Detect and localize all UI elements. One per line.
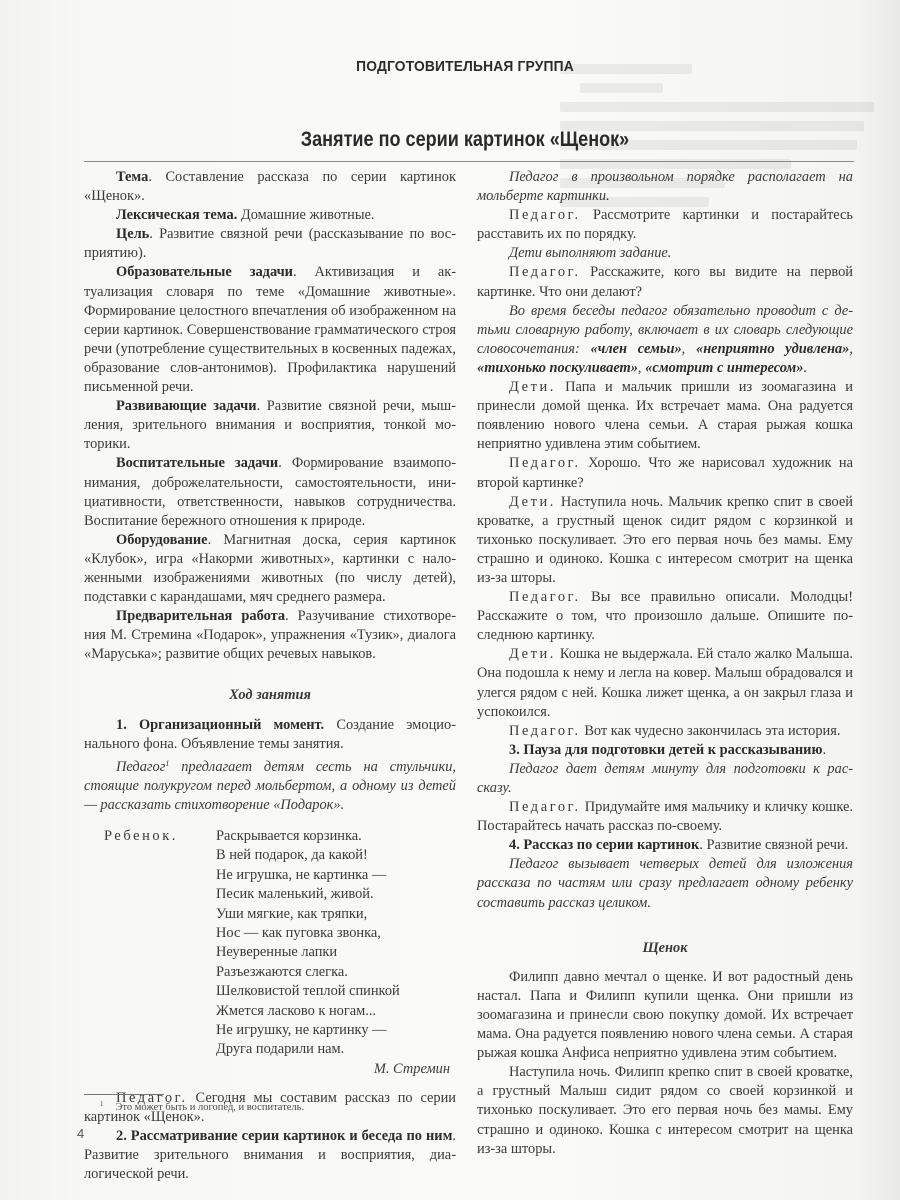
- dialogue-teacher: Педагог. Рассмотрите картинки и постарай…: [477, 206, 853, 244]
- dialogue-children: Дети. Кошка не выдержала. Ей стало жалко…: [477, 645, 853, 721]
- poem-line: Не игрушка, не картинка —: [216, 866, 456, 885]
- title-divider: [84, 161, 854, 162]
- lesson-title: Занятие по серии картинок «Щенок»: [65, 128, 865, 152]
- preliminary-work-label: Предварительная работа: [116, 608, 285, 624]
- dialogue-teacher: Педагог. Придумайте имя мальчику и кличк…: [477, 798, 853, 836]
- story-paragraph: Наступила ночь. Филипп крепко спит в сво…: [477, 1063, 853, 1158]
- speaker-label: Педагог.: [509, 455, 581, 471]
- poem-line: Раскрывается корзинка.: [216, 827, 456, 846]
- poem-line: Шелковистой теплой спинкой: [216, 982, 456, 1001]
- poem: Ребенок. Раскрывается корзинка. В ней по…: [84, 827, 456, 1079]
- poem-line: Жмется ласково к ногам...: [216, 1002, 456, 1021]
- vocabulary-note: Во время беседы педагог обязательно пров…: [477, 302, 853, 378]
- equipment-label: Оборудование: [116, 532, 208, 548]
- separator: ,: [682, 341, 696, 357]
- dialogue-text: Вот как чудесно закончилась эта история.: [581, 723, 841, 739]
- separator: ,: [849, 341, 853, 357]
- vocabulary-phrase: «смотрит с интересом»: [645, 360, 803, 376]
- step1-label: 1. Организационный момент.: [116, 717, 324, 733]
- speaker-label: Дети.: [509, 379, 556, 395]
- speaker-label: Педагог.: [509, 207, 581, 223]
- step4-label: 4. Рассказ по серии картинок: [509, 837, 699, 853]
- story-title: Щенок: [477, 939, 853, 958]
- footnote: 1Это может быть и логопед, и воспитатель…: [100, 1100, 304, 1113]
- footnote-text: Это может быть и логопед, и воспитатель.: [116, 1102, 305, 1113]
- speaker-label: Дети.: [509, 494, 556, 510]
- speaker-label: Педагог.: [509, 799, 581, 815]
- story-paragraph: Филипп давно мечтал о щенке. И вот радос…: [477, 968, 853, 1063]
- step1-paragraph: 1. Организационный момент. Создание эмоц…: [84, 716, 456, 754]
- step3-paragraph: 3. Пауза для подготовки детей к рассказы…: [477, 741, 853, 760]
- speaker-label: Педагог.: [509, 723, 581, 739]
- stage-note: Педагог дает детям минуту для подготовки…: [477, 760, 853, 798]
- step2-label: 2. Рассматривание серии картинок и бесед…: [116, 1128, 452, 1144]
- equipment-paragraph: Оборудование. Магнитная доска, серия кар…: [84, 531, 456, 607]
- book-page: ПОДГОТОВИТЕЛЬНАЯ ГРУППА Занятие по серии…: [0, 0, 900, 1200]
- lexical-theme-text: Домашние животные.: [237, 207, 374, 223]
- step1-note: Педагог1 предлагает детям сесть на стуль…: [84, 754, 456, 815]
- left-column: Тема. Составление рассказа по серии карт…: [84, 168, 456, 1184]
- goal-paragraph: Цель. Развитие связной речи (расска­зыва…: [84, 225, 456, 263]
- speaker-label: Педагог.: [509, 589, 581, 605]
- vocabulary-phrase: «неприятно удивлена»: [696, 341, 849, 357]
- step1-note-start: Педагог: [116, 759, 165, 775]
- poem-speaker: Ребенок.: [84, 827, 216, 1079]
- stage-note: Педагог в произвольном порядке располага…: [477, 168, 853, 206]
- step3-label: 3. Пауза для подготовки детей к рассказы…: [509, 742, 822, 758]
- lexical-theme-label: Лексическая тема.: [116, 207, 237, 223]
- developmental-tasks-label: Развивающие задачи: [116, 398, 257, 414]
- period: .: [803, 360, 807, 376]
- running-header: ПОДГОТОВИТЕЛЬНАЯ ГРУППА: [37, 58, 893, 75]
- poem-line: Друга подарили нам.: [216, 1040, 456, 1059]
- poem-line: Неуверенные лапки: [216, 943, 456, 962]
- stage-note: Дети выполняют задание.: [477, 244, 853, 263]
- speaker-label: Дети.: [509, 646, 556, 662]
- poem-line: Нос — как пуговка звонка,: [216, 924, 456, 943]
- right-column: Педагог в произвольном порядке располага…: [477, 168, 853, 1159]
- step4-text: . Развитие связной речи.: [699, 837, 848, 853]
- vocabulary-phrase: «член семьи»: [591, 341, 682, 357]
- speaker-label: Педагог.: [509, 264, 581, 280]
- goal-label: Цель: [116, 226, 149, 242]
- step2-paragraph: 2. Рассматривание серии картинок и бесед…: [84, 1127, 456, 1184]
- dialogue-teacher: Педагог. Вы все правильно описали. Молод…: [477, 588, 853, 645]
- theme-label: Тема: [116, 169, 148, 185]
- poem-line: Разъезжаются слегка.: [216, 963, 456, 982]
- educational-tasks-text: . Активизация и ак­туализация словаря по…: [84, 264, 456, 395]
- educational-tasks-paragraph: Образовательные задачи. Активизация и ак…: [84, 263, 456, 397]
- upbringing-tasks-label: Воспитательные задачи: [116, 455, 278, 471]
- poem-author: М. Стремин: [216, 1060, 456, 1079]
- preliminary-work-paragraph: Предварительная работа. Разучивание стих…: [84, 607, 456, 664]
- poem-lines: Раскрывается корзинка. В ней подарок, да…: [216, 827, 456, 1079]
- lexical-theme-paragraph: Лексическая тема. Домашние животные.: [84, 206, 456, 225]
- poem-line: Песик маленький, живой.: [216, 885, 456, 904]
- step3-text: .: [822, 742, 826, 758]
- footnote-number: 1: [100, 1100, 104, 1108]
- upbringing-tasks-paragraph: Воспитательные задачи. Формирование взаи…: [84, 454, 456, 530]
- course-heading: Ход занятия: [84, 686, 456, 705]
- dialogue-teacher: Педагог. Хорошо. Что же нарисовал художн…: [477, 454, 853, 492]
- educational-tasks-label: Образовательные задачи: [116, 264, 293, 280]
- vocabulary-phrase: «тихонько поскуливает»: [477, 360, 638, 376]
- poem-line: В ней подарок, да какой!: [216, 846, 456, 865]
- stage-note: Педагог вызывает четверых детей для изло…: [477, 855, 853, 912]
- dialogue-teacher: Педагог. Вот как чудесно закончилась эта…: [477, 722, 853, 741]
- poem-line: Уши мягкие, как тряпки,: [216, 905, 456, 924]
- theme-paragraph: Тема. Составление рассказа по серии карт…: [84, 168, 456, 206]
- dialogue-children: Дети. Папа и мальчик пришли из зоомагази…: [477, 378, 853, 454]
- developmental-tasks-paragraph: Развивающие задачи. Развитие связной реч…: [84, 397, 456, 454]
- poem-line: Не игрушку, не картинку —: [216, 1021, 456, 1040]
- step4-paragraph: 4. Рассказ по серии картинок. Развитие с…: [477, 836, 853, 855]
- dialogue-children: Дети. Наступила ночь. Мальчик крепко спи…: [477, 493, 853, 588]
- footnote-divider: [84, 1094, 164, 1095]
- dialogue-teacher: Педагог. Расскажите, кого вы видите на п…: [477, 263, 853, 301]
- page-number: 4: [77, 1126, 84, 1141]
